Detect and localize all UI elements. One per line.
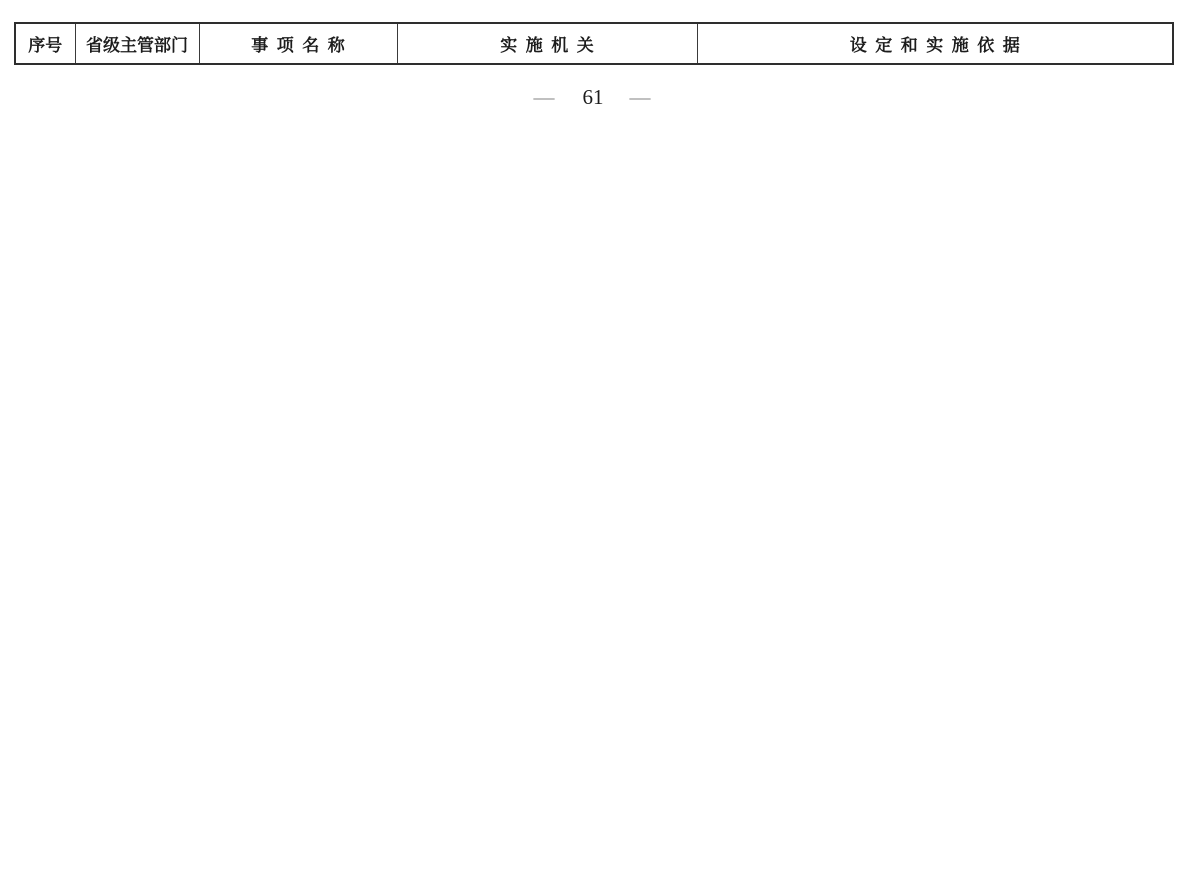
col-header-serial-number: 序号 [15, 23, 75, 64]
document-page: 序号 省级主管部门 事 项 名 称 实 施 机 关 设 定 和 实 施 依 据 … [0, 0, 1186, 110]
col-header-department: 省级主管部门 [75, 23, 199, 64]
col-header-basis: 设 定 和 实 施 依 据 [697, 23, 1173, 64]
footer-dash-left: — [534, 85, 557, 109]
footer-dash-right: — [630, 85, 653, 109]
col-header-item-name: 事 项 名 称 [199, 23, 397, 64]
page-number: 61 [583, 85, 604, 109]
approval-items-table: 序号 省级主管部门 事 项 名 称 实 施 机 关 设 定 和 实 施 依 据 [14, 22, 1174, 65]
col-header-agency: 实 施 机 关 [397, 23, 697, 64]
table-header-row: 序号 省级主管部门 事 项 名 称 实 施 机 关 设 定 和 实 施 依 据 [15, 23, 1173, 64]
page-footer: —61— [14, 85, 1172, 110]
